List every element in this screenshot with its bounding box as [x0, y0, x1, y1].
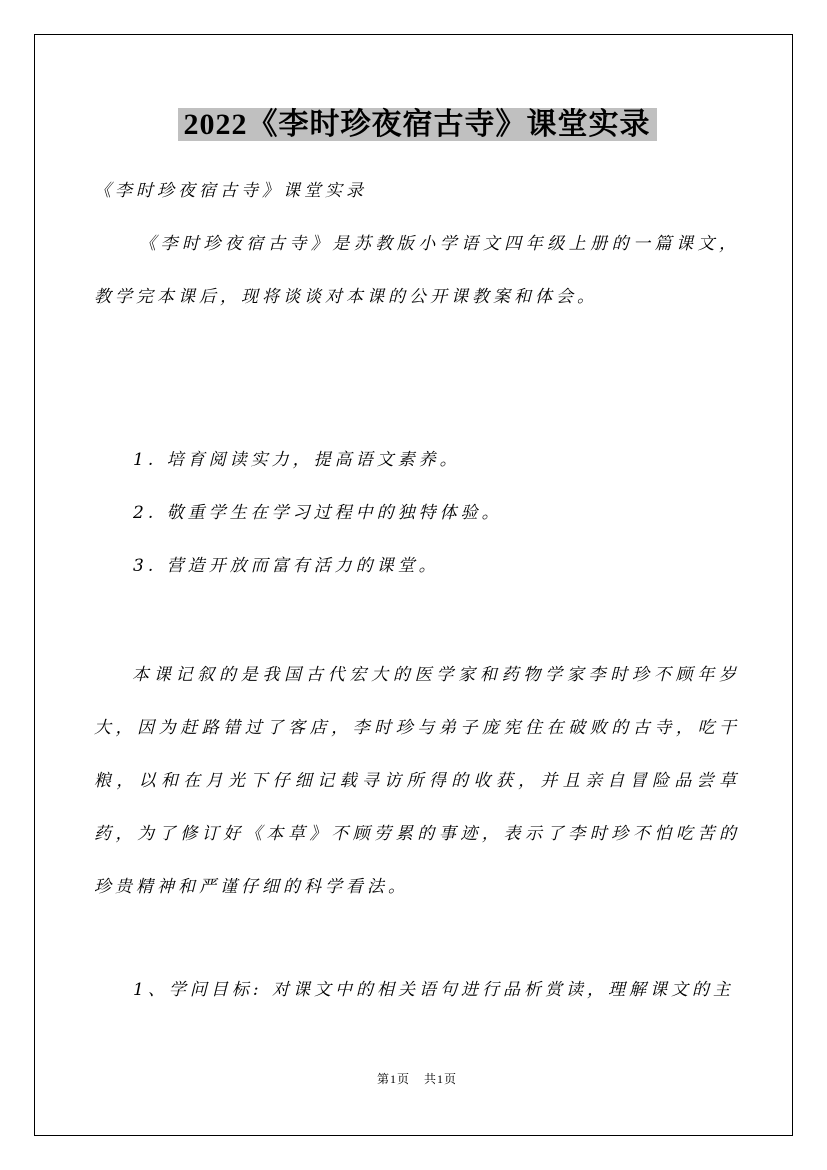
goal-item: 3. 营造开放而富有活力的课堂。 — [94, 540, 740, 593]
objective-paragraph: 1、学问目标: 对课文中的相关语句进行品析赏读，理解课文的主 — [94, 964, 740, 1017]
intro-paragraph: 《李时珍夜宿古寺》是苏教版小学语文四年级上册的一篇课文，教学完本课后，现将谈谈对… — [94, 218, 740, 324]
summary-paragraph: 本课记叙的是我国古代宏大的医学家和药物学家李时珍不顾年岁大，因为赶路错过了客店，… — [94, 649, 740, 914]
goal-item: 2. 敬重学生在学习过程中的独特体验。 — [94, 487, 740, 540]
page-footer: 第1页共1页 — [94, 1069, 740, 1089]
page-number: 第1页 — [377, 1072, 410, 1086]
subtitle: 《李时珍夜宿古寺》课堂实录 — [94, 165, 740, 218]
document-title: 2022《李时珍夜宿古寺》课堂实录 — [94, 103, 740, 146]
document-page: 2022《李时珍夜宿古寺》课堂实录 《李时珍夜宿古寺》课堂实录 《李时珍夜宿古寺… — [34, 34, 793, 1136]
page-total: 共1页 — [424, 1072, 457, 1086]
goals-list: 1. 培育阅读实力，提高语文素养。 2. 敬重学生在学习过程中的独特体验。 3.… — [94, 434, 740, 593]
title-highlight: 2022《李时珍夜宿古寺》课堂实录 — [178, 108, 657, 141]
goal-item: 1. 培育阅读实力，提高语文素养。 — [94, 434, 740, 487]
